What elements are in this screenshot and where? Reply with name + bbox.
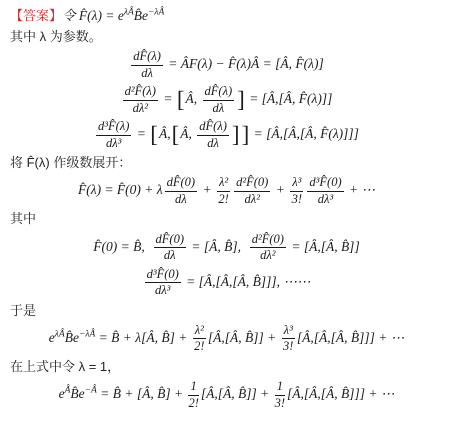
fraction: d³F̂(0)dλ³ xyxy=(145,268,181,298)
math-text: + xyxy=(272,182,288,197)
math-text: = [Â, B̂], xyxy=(188,239,248,254)
answer-label: 【答案】 xyxy=(10,8,62,23)
fraction: dF̂(λ)dλ xyxy=(197,120,229,150)
fraction: d³F̂(0)dλ³ xyxy=(307,176,343,206)
fraction-numerator: dF̂(0) xyxy=(165,176,197,192)
big-bracket: ] xyxy=(231,122,241,147)
fraction-numerator: dF̂(λ) xyxy=(203,85,235,101)
equation-third-derivative-value: d³F̂(0)dλ³ = [Â,[Â,[Â, B̂]]], ⋯⋯ xyxy=(8,268,445,298)
fraction-denominator: dλ³ xyxy=(96,136,131,151)
fraction: λ³3! xyxy=(282,324,295,354)
fraction-numerator: dF̂(λ) xyxy=(197,120,229,136)
math-superscript: λÂ xyxy=(55,329,65,339)
fraction-denominator: dλ³ xyxy=(307,192,343,207)
fraction: λ³3! xyxy=(290,176,303,206)
fraction-numerator: dF̂(λ) xyxy=(131,50,163,66)
math-text: F̂(λ) = F̂(0) + λ xyxy=(78,182,163,197)
fraction-numerator: λ³ xyxy=(282,324,295,340)
math-text: = xyxy=(133,126,149,141)
equation-result-lambda: eλÂB̂e−λÂ = B̂ + λ[Â, B̂] + λ²2![Â,[Â, B… xyxy=(8,324,445,354)
fraction-denominator: dλ xyxy=(131,66,163,81)
math-text: Â, xyxy=(180,126,195,141)
fraction: dF̂(λ)dλ xyxy=(203,85,235,115)
fraction: d²F̂(0)dλ² xyxy=(234,176,270,206)
fraction-denominator: 2! xyxy=(193,339,206,354)
fraction-numerator: d³F̂(0) xyxy=(307,176,343,192)
big-bracket: [ xyxy=(149,122,159,147)
answer-document: 【答案】令 F̂(λ) = eλÂB̂e−λÂ 其中 λ 为参数。 dF̂(λ)… xyxy=(0,0,453,410)
big-bracket: ] xyxy=(236,87,246,112)
math-text: = xyxy=(160,91,176,106)
equation-first-derivative: dF̂(λ)dλ = ÂF(λ) − F̂(λ)Â = [Â, F̂(λ)] xyxy=(8,50,445,80)
therefore-label: 于是 xyxy=(10,303,445,319)
fraction-denominator: dλ xyxy=(197,136,229,151)
fraction-denominator: dλ xyxy=(154,248,186,263)
equation-third-derivative: d³F̂(λ)dλ³ = [Â,[Â, dF̂(λ)dλ]] = [Â,[Â,[… xyxy=(8,120,445,150)
fraction-numerator: λ² xyxy=(217,176,230,192)
equation-final-result: eÂB̂e−Â = B̂ + [Â, B̂] + 12![Â,[Â, B̂]] … xyxy=(8,380,445,410)
fraction-numerator: d³F̂(0) xyxy=(145,268,181,284)
definition-equation: 令 F̂(λ) = eλÂB̂e−λÂ xyxy=(62,8,164,23)
fraction-denominator: 3! xyxy=(275,396,285,411)
fraction: dF̂(0)dλ xyxy=(154,233,186,263)
math-superscript: λÂ xyxy=(124,8,134,18)
math-text: B̂e xyxy=(134,8,148,23)
math-text: F̂(0) = B̂, xyxy=(93,239,151,254)
equation-initial-values: F̂(0) = B̂, dF̂(0)dλ = [Â, B̂], d²F̂(0)d… xyxy=(8,233,445,263)
fraction-numerator: 1 xyxy=(275,380,285,396)
series-expansion-note: 将 F̂(λ) 作级数展开： xyxy=(10,155,445,171)
math-superscript: −Â xyxy=(85,386,97,396)
fraction-numerator: d³F̂(λ) xyxy=(96,120,131,136)
fraction: d³F̂(λ)dλ³ xyxy=(96,120,131,150)
fraction-denominator: dλ² xyxy=(234,192,270,207)
fraction-denominator: 3! xyxy=(290,192,303,207)
math-text: + xyxy=(199,182,215,197)
fraction-denominator: 2! xyxy=(217,192,230,207)
math-text: B̂e xyxy=(65,330,79,345)
big-bracket: [ xyxy=(171,122,181,147)
math-text: 令 F̂(λ) = e xyxy=(62,8,124,23)
set-lambda-note: 在上式中令 λ = 1， xyxy=(10,359,445,375)
math-text: [Â,[Â, B̂]] + xyxy=(201,386,273,401)
fraction-numerator: d²F̂(λ) xyxy=(123,85,158,101)
where-label: 其中 xyxy=(10,211,445,227)
math-text: + ⋯ xyxy=(346,182,375,197)
fraction: dF̂(0)dλ xyxy=(165,176,197,206)
fraction: 12! xyxy=(188,380,198,410)
fraction: λ²2! xyxy=(217,176,230,206)
big-bracket: ] xyxy=(241,122,251,147)
fraction-denominator: dλ² xyxy=(250,248,286,263)
math-text: [Â,[Â,[Â, B̂]]] + ⋯ xyxy=(287,386,394,401)
math-superscript: −λÂ xyxy=(79,329,95,339)
math-text: Â, xyxy=(186,91,201,106)
fraction-denominator: dλ xyxy=(165,192,197,207)
fraction: d²F̂(0)dλ² xyxy=(250,233,286,263)
fraction-numerator: d²F̂(0) xyxy=(234,176,270,192)
fraction-denominator: 2! xyxy=(188,396,198,411)
answer-intro-line: 【答案】令 F̂(λ) = eλÂB̂e−λÂ xyxy=(10,8,445,25)
math-text: [Â,[Â, B̂]] + xyxy=(208,330,280,345)
fraction: 13! xyxy=(275,380,285,410)
math-text: [Â,[Â,[Â, B̂]]] + ⋯ xyxy=(297,330,404,345)
fraction-denominator: 3! xyxy=(282,339,295,354)
fraction-numerator: λ² xyxy=(193,324,206,340)
math-superscript: −λÂ xyxy=(148,8,164,18)
fraction: λ²2! xyxy=(193,324,206,354)
math-text: = [Â,[Â, B̂]] xyxy=(288,239,360,254)
math-text: = [Â,[Â, F̂(λ)]] xyxy=(246,91,333,106)
math-text: = [Â,[Â,[Â, F̂(λ)]]] xyxy=(250,126,359,141)
math-text: Â, xyxy=(159,126,171,141)
fraction-denominator: dλ³ xyxy=(145,283,181,298)
fraction-numerator: d²F̂(0) xyxy=(250,233,286,249)
fraction-numerator: λ³ xyxy=(290,176,303,192)
fraction-numerator: 1 xyxy=(188,380,198,396)
math-text: = B̂ + λ[Â, B̂] + xyxy=(95,330,190,345)
fraction: d²F̂(λ)dλ² xyxy=(123,85,158,115)
fraction-denominator: dλ xyxy=(203,101,235,116)
equation-taylor-series: F̂(λ) = F̂(0) + λdF̂(0)dλ + λ²2!d²F̂(0)d… xyxy=(8,176,445,206)
fraction: dF̂(λ)dλ xyxy=(131,50,163,80)
fraction-numerator: dF̂(0) xyxy=(154,233,186,249)
math-text: = B̂ + [Â, B̂] + xyxy=(97,386,187,401)
math-text: = [Â,[Â,[Â, B̂]]], ⋯⋯ xyxy=(183,274,311,289)
math-text: = ÂF(λ) − F̂(λ)Â = [Â, F̂(λ)] xyxy=(165,56,324,71)
fraction-denominator: dλ² xyxy=(123,101,158,116)
equation-second-derivative: d²F̂(λ)dλ² = [Â, dF̂(λ)dλ] = [Â,[Â, F̂(λ… xyxy=(8,85,445,115)
math-text: B̂e xyxy=(70,386,84,401)
big-bracket: [ xyxy=(176,87,186,112)
parameter-note: 其中 λ 为参数。 xyxy=(10,29,445,45)
